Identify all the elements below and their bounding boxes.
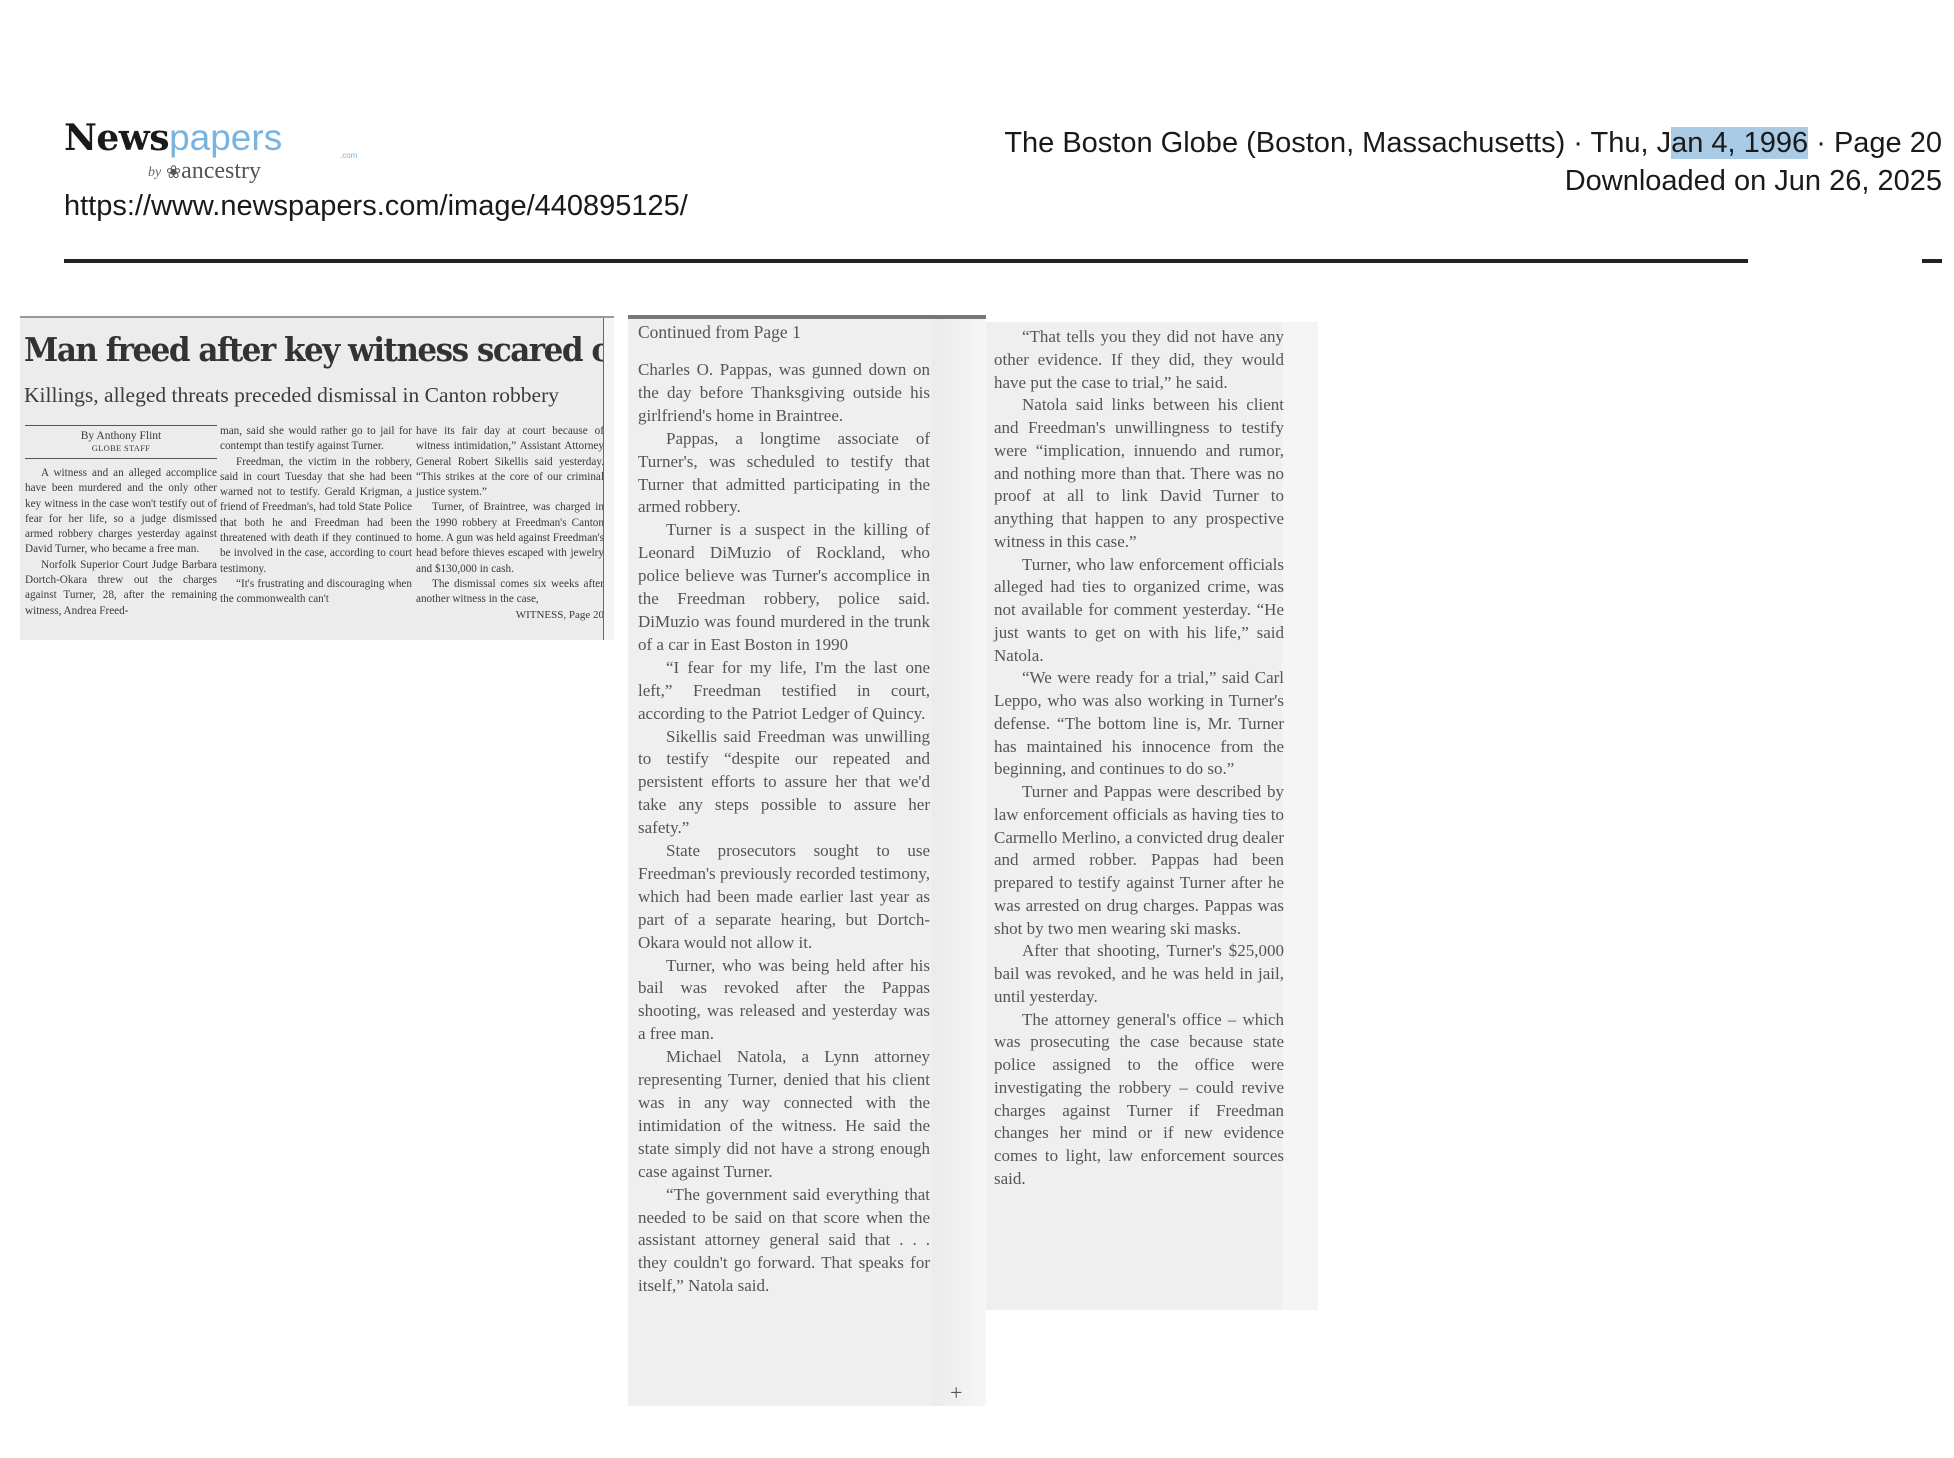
paragraph: Sikellis said Freedman was unwilling to … [638,726,930,841]
jump-line: WITNESS, Page 20 [416,608,604,623]
article-column-3: have its fair day at court because of wi… [416,424,604,623]
download-date: Downloaded on Jun 26, 2025 [942,162,1942,200]
adjacent-column-edge [603,318,614,640]
paragraph: Norfolk Superior Court Judge Barbara Dor… [25,558,217,619]
plus-icon: + [950,1382,962,1404]
ancestry-leaf-icon: ❀ [166,162,181,182]
adjacent-column-bleed [932,319,986,1406]
paragraph: The dismissal comes six weeks after anot… [416,577,604,608]
paragraph: A witness and an alleged accomplice have… [25,466,217,558]
selected-date-text[interactable]: an 4, 1996 [1671,127,1808,159]
logo-by: by [148,160,161,186]
paragraph: The attorney general's office – which wa… [994,1009,1284,1191]
page-url-link[interactable]: https://www.newspapers.com/image/4408951… [64,190,688,223]
header-divider-tick [1922,259,1942,263]
continued-label: Continued from Page 1 [638,321,801,343]
byline-staff: GLOBE STAFF [25,443,217,454]
article-column: Charles O. Pappas, was gunned down on th… [638,359,930,1298]
paragraph: Turner, of Braintree, was charged in the… [416,500,604,576]
article-column-2: man, said she would rather go to jail fo… [220,424,412,608]
paragraph: Charles O. Pappas, was gunned down on th… [638,359,930,428]
ancestry-logo: ❀ancestry [166,158,261,185]
source-page: · Page 20 [1808,127,1942,159]
adjacent-column-bleed [1282,322,1318,1310]
paragraph: After that shooting, Turner's $25,000 ba… [994,940,1284,1008]
paragraph: man, said she would rather go to jail fo… [220,424,412,455]
paragraph: Turner, who was being held after his bai… [638,955,930,1047]
article-clipping-continued-2: “That tells you they did not have any ot… [986,322,1318,1310]
logo-wordmark: Newspapers [64,118,282,158]
paragraph: “That tells you they did not have any ot… [994,326,1284,394]
article-column-1: A witness and an alleged accomplice have… [25,466,217,619]
article-clipping-front: Man freed after key witness scared off K… [20,316,614,640]
paragraph: Freedman, the victim in the robbery, sai… [220,455,412,577]
source-title: The Boston Globe (Boston, Massachusetts)… [1004,127,1671,159]
newspapers-logo: Newspapers .com by ❀ancestry [64,118,324,188]
paragraph: Turner and Pappas were described by law … [994,781,1284,940]
paragraph: Pappas, a longtime associate of Turner's… [638,428,930,520]
header-divider [64,259,1748,263]
paragraph: “I fear for my life, I'm the last one le… [638,657,930,726]
byline-box: By Anthony Flint GLOBE STAFF [25,425,217,459]
paragraph: Natola said links between his client and… [994,394,1284,553]
logo-com: .com [340,151,357,160]
paragraph: “We were ready for a trial,” said Carl L… [994,667,1284,781]
paragraph: “It's frustrating and discouraging when … [220,577,412,608]
subheadline: Killings, alleged threats preceded dismi… [24,382,614,408]
byline: By Anthony Flint [25,429,217,443]
paragraph: State prosecutors sought to use Freedman… [638,840,930,955]
headline: Man freed after key witness scared off [24,328,569,372]
paragraph: Michael Natola, a Lynn attorney represen… [638,1046,930,1183]
paragraph: Turner is a suspect in the killing of Le… [638,519,930,656]
article-column: “That tells you they did not have any ot… [994,326,1284,1191]
article-clipping-continued: Continued from Page 1 Charles O. Pappas,… [628,315,986,1406]
paragraph: have its fair day at court because of wi… [416,424,604,500]
paragraph: “The government said everything that nee… [638,1184,930,1299]
paragraph: Turner, who law enforcement officials al… [994,554,1284,668]
source-info: The Boston Globe (Boston, Massachusetts)… [942,124,1942,200]
